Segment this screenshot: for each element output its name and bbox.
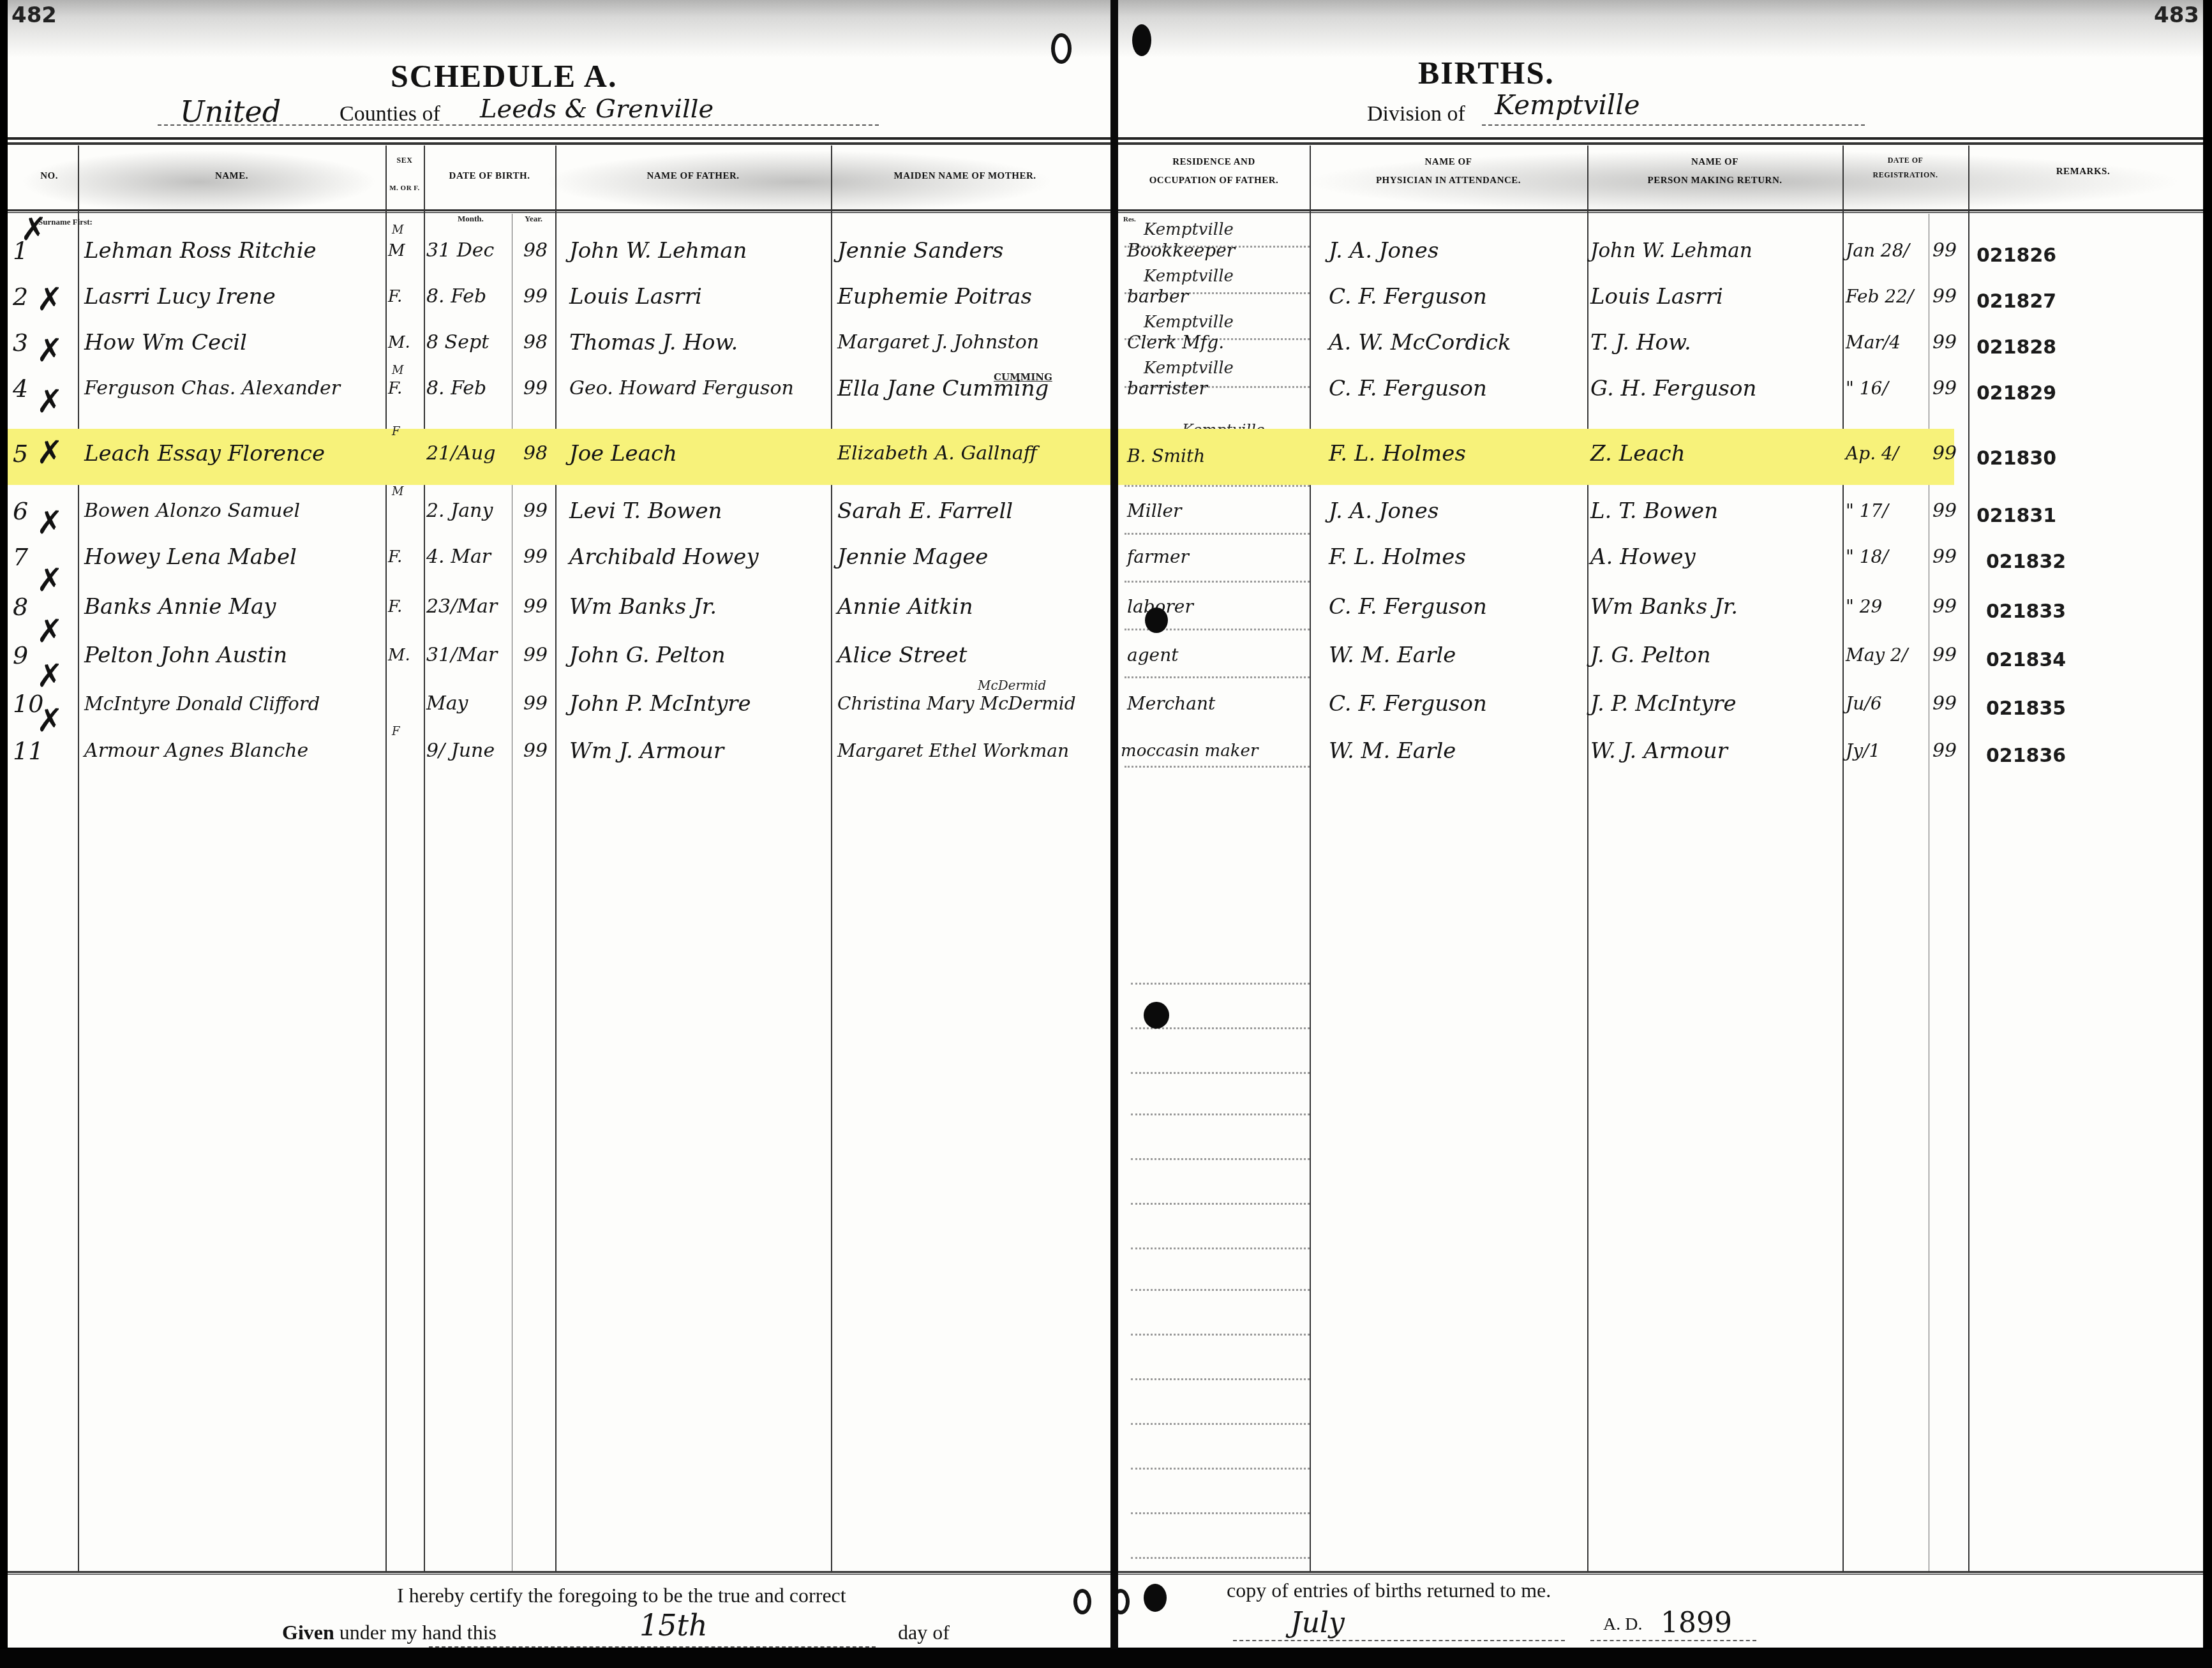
annotation-sex: F [392,725,400,738]
record-name: Banks Annie May [84,591,276,623]
binding-hole-icon [1145,607,1168,633]
record-dob-month: 8 Sept [426,327,489,359]
record-person: G. H. Ferguson [1590,373,1756,405]
col-head-residence-line1: Residence and [1118,153,1310,172]
record-physician: F. L. Holmes [1329,438,1466,470]
record-name: How Wm Cecil [84,327,247,359]
record-dob-year: 98 [523,235,548,267]
record-dob-year: 99 [523,281,548,313]
record-no: 7 [13,541,28,573]
binding-hole-icon [1073,1589,1091,1614]
cross-mark-icon: ✗ [36,504,63,541]
residence-guide [1131,983,1310,985]
residence-guide [1131,1423,1310,1425]
record-no: 9 [13,639,28,671]
given-day-underline [429,1646,876,1648]
col-head-remarks: Remarks. [1968,163,2198,181]
annotation-mother: CUMMING [994,371,1052,383]
given-day: 15th [639,1608,708,1642]
record-remarks: 021828 [1977,332,2056,364]
residence-guide [1131,1072,1310,1074]
cross-mark-icon: ✗ [20,211,47,248]
record-physician: J. A. Jones [1329,495,1439,527]
record-sex: F. [388,373,402,405]
binding-hole-icon [1118,1589,1130,1614]
record-sex: M. [388,327,410,359]
record-person: J. G. Pelton [1590,639,1711,671]
record-row-highlighted-continued[interactable]: B. Smith F. L. Holmes Z. Leach Ap. 4/ 99… [1118,429,1954,485]
cross-mark-icon: ✗ [36,702,63,739]
record-dob-month: 31/Mar [426,639,497,671]
residence-guide [1131,1468,1310,1470]
binding-hole-icon [1051,33,1072,64]
cross-mark-icon: ✗ [36,613,63,650]
col-head-physician-line1: Name of [1310,153,1587,172]
record-sex: F. [388,281,402,313]
record-remarks: 021831 [1977,500,2056,532]
res-prefix-label: Res. [1123,216,1136,223]
record-row[interactable]: 4 Ferguson Chas. Alexander F. 8. Feb 99 … [8,368,1110,413]
record-row-continued[interactable]: laborer C. F. Ferguson Wm Banks Jr. " 29… [1118,586,2203,632]
col-head-father: Name of Father. [555,167,831,186]
record-row[interactable]: 8 Banks Annie May F. 23/Mar 99 Wm Banks … [8,586,1110,632]
annotation-sex: F [392,425,400,438]
cross-mark-icon: ✗ [36,657,63,694]
record-row-continued[interactable]: Clerk Mfg. A. W. McCordick T. J. How. Ma… [1118,322,2203,368]
col-divider [512,214,512,1572]
record-dob-year: 99 [523,373,548,405]
residence-guide [1131,1557,1310,1559]
col-head-name: Name. [78,167,385,186]
record-mother: Sarah E. Farrell [837,495,1013,527]
cross-mark-icon: ✗ [36,434,63,471]
record-person: John W. Lehman [1590,235,1752,267]
certification-year: 1899 [1661,1607,1732,1639]
county-label: Counties of [340,102,440,126]
record-dob-month: 23/Mar [426,591,497,623]
record-row[interactable]: 11 Armour Agnes Blanche 9/ June 99 Wm J.… [8,730,1110,776]
record-dob-month: 8. Feb [426,281,486,313]
given-rest: under my hand this [340,1621,497,1644]
record-reg-year: 99 [1932,688,1957,720]
page-number-right: 483 [2154,3,2199,28]
left-page: 482 SCHEDULE A. United Counties of Leeds… [8,0,1110,1648]
record-no: 8 [13,591,28,623]
record-mother: Euphemie Poitras [837,281,1032,313]
record-person: Wm Banks Jr. [1590,591,1738,623]
record-reg-year: 99 [1932,591,1957,623]
col-head-person-line2: Person Making Return. [1587,172,1842,190]
record-name: Armour Agnes Blanche [84,735,308,767]
record-no: 4 [13,373,28,405]
record-father: John P. McIntyre [569,688,751,720]
col-head-sex-sub: M. or F. [385,182,424,195]
record-person: A. Howey [1590,541,1696,573]
record-remarks: 021835 [1986,693,2066,725]
record-father: Wm J. Armour [569,735,724,767]
record-row[interactable]: 9 Pelton John Austin M. 31/Mar 99 John G… [8,634,1110,680]
record-dob-month: 31 Dec [426,235,494,267]
scan-bottom-edge [0,1649,2212,1668]
record-dob-month: May [426,688,468,720]
record-name: Bowen Alonzo Samuel [84,495,300,527]
year-label: Year. [525,214,542,224]
residence-guide [1131,1378,1310,1380]
record-occupation: agent [1127,639,1178,671]
col-head-registration-line2: Registration. [1842,168,1968,182]
record-mother: Jennie Sanders [837,235,1003,267]
record-reg-date: " 18/ [1846,541,1888,573]
county-prefix: United [180,94,281,129]
record-dob-year: 98 [523,438,548,470]
record-reg-date: Ju/6 [1846,688,1882,720]
col-head-mother: Maiden Name of Mother. [831,167,1099,186]
record-dob-year: 99 [523,688,548,720]
record-physician: C. F. Ferguson [1329,281,1487,313]
record-physician: A. W. McCordick [1329,327,1511,359]
header-top-rule [8,137,1110,145]
record-dob-month: 2. Jany [426,495,493,527]
record-row-highlighted[interactable]: 5 Leach Essay Florence 21/Aug 98 Joe Lea… [8,429,1110,485]
month-underline [1233,1640,1565,1641]
record-dob-year: 99 [523,541,548,573]
record-physician: C. F. Ferguson [1329,591,1487,623]
cross-mark-icon: ✗ [36,383,63,420]
record-remarks: 021826 [1977,240,2056,272]
record-reg-date: May 2/ [1846,639,1908,671]
page-smudge [1118,0,2203,57]
certification-text-left: I hereby certify the foregoing to be the… [397,1584,846,1607]
record-reg-year: 99 [1932,541,1957,573]
division-underline [1482,124,1865,126]
record-row[interactable]: 2 Lasrri Lucy Irene F. 8. Feb 99 Louis L… [8,276,1110,322]
record-row-continued[interactable]: agent W. M. Earle J. G. Pelton May 2/ 99… [1118,634,2203,680]
record-dob-year: 99 [523,591,548,623]
record-no: 5 [13,438,28,470]
record-no: 2 [13,281,28,313]
record-person: Louis Lasrri [1590,281,1723,313]
residence-guide [1125,485,1310,487]
births-title: BIRTHS. [1418,54,1555,91]
page-number-left: 482 [11,3,57,28]
record-row[interactable]: 6 Bowen Alonzo Samuel 2. Jany 99 Levi T.… [8,490,1110,536]
record-name: Lehman Ross Ritchie [84,235,317,267]
record-person: T. J. How. [1590,327,1691,359]
record-father: Joe Leach [569,438,677,470]
record-dob-year: 99 [523,735,548,767]
schedule-title: SCHEDULE A. [391,57,617,94]
record-reg-date: Feb 22/ [1846,281,1913,313]
record-remarks: 021830 [1977,443,2056,475]
certification-text-right: copy of entries of births returned to me… [1227,1579,1551,1602]
residence-guide [1131,1289,1310,1291]
month-label: Month. [458,214,484,224]
col-head-physician: Name of Physician in Attendance. [1310,153,1587,190]
record-name: Howey Lena Mabel [84,541,297,573]
record-remarks: 021827 [1977,286,2056,318]
record-father: Thomas J. How. [569,327,738,359]
record-physician: J. A. Jones [1329,235,1439,267]
col-head-person-line1: Name of [1587,153,1842,172]
record-sex: M. [388,639,410,671]
record-physician: C. F. Ferguson [1329,373,1487,405]
record-reg-year: 99 [1932,327,1957,359]
record-person: L. T. Bowen [1590,495,1718,527]
record-row-continued[interactable]: barber C. F. Ferguson Louis Lasrri Feb 2… [1118,276,2203,322]
certification-month: July [1290,1607,1345,1639]
record-name: Pelton John Austin [84,639,287,671]
record-reg-date: Ap. 4/ [1846,438,1899,470]
record-row[interactable]: 3 How Wm Cecil M. 8 Sept 98 Thomas J. Ho… [8,322,1110,368]
residence-guide [1131,1334,1310,1336]
binding-hole-icon [1144,1002,1169,1029]
record-occupation: barber [1127,281,1188,313]
residence-guide [1131,1512,1310,1514]
record-row-continued[interactable]: farmer F. L. Holmes A. Howey " 18/ 99 02… [1118,536,2203,582]
record-dob-month: 4. Mar [426,541,491,573]
record-sex: M [388,235,405,267]
binding-hole-icon [1144,1584,1167,1612]
record-no: 11 [13,735,43,767]
col-head-person: Name of Person Making Return. [1587,153,1842,190]
division-label: Division of [1367,102,1465,126]
record-occupation: B. Smith [1127,440,1205,472]
record-occupation: barrister [1127,373,1207,405]
col-head-physician-line2: Physician in Attendance. [1310,172,1587,190]
col-head-residence-line2: Occupation of Father. [1118,172,1310,190]
record-person: W. J. Armour [1590,735,1728,767]
county-underline [158,124,879,126]
record-row-continued[interactable]: Merchant C. F. Ferguson J. P. McIntyre J… [1118,683,2203,729]
record-row[interactable]: 10 McIntyre Donald Clifford May 99 John … [8,683,1110,729]
record-reg-year: 99 [1932,281,1957,313]
record-row-continued[interactable]: Bookkeeper J. A. Jones John W. Lehman Ja… [1118,230,2203,276]
footer-rule [8,1571,1110,1575]
record-reg-date: " 29 [1846,591,1882,623]
record-person: J. P. McIntyre [1590,688,1737,720]
record-mother: Margaret J. Johnston [837,327,1039,359]
record-dob-month: 8. Feb [426,373,486,405]
record-father: Geo. Howard Ferguson [569,373,794,405]
record-reg-date: Jan 28/ [1846,235,1909,267]
record-remarks: 021829 [1977,378,2056,410]
record-person: Z. Leach [1590,438,1685,470]
residence-guide [1131,1158,1310,1160]
record-occupation: moccasin maker [1121,735,1258,767]
page-gutter [1110,0,1118,1668]
record-mother: Annie Aitkin [837,591,973,623]
given-label: Given [282,1621,334,1644]
record-no: 6 [13,495,28,527]
record-physician: W. M. Earle [1329,639,1456,671]
record-remarks: 021836 [1986,740,2066,772]
footer-rule [1118,1571,2203,1575]
record-name: McIntyre Donald Clifford [84,688,320,720]
record-row-continued[interactable]: moccasin maker W. M. Earle W. J. Armour … [1118,730,2203,776]
record-mother: Margaret Ethel Workman [837,735,1069,767]
col-divider [1929,214,1929,1572]
ad-label: A. D. [1603,1614,1642,1635]
record-reg-date: Jy/1 [1846,735,1880,767]
residence-guide [1131,1113,1310,1115]
record-no: 3 [13,327,28,359]
right-page: 483 BIRTHS. Division of Kemptville Resid… [1118,0,2203,1648]
record-row[interactable]: 1 Lehman Ross Ritchie M 31 Dec 98 John W… [8,230,1110,276]
cross-mark-icon: ✗ [36,562,63,599]
record-occupation: Clerk Mfg. [1127,327,1224,359]
annotation-sex: M [392,485,403,498]
record-occupation: farmer [1127,541,1189,573]
record-occupation: Miller [1127,495,1182,527]
record-physician: W. M. Earle [1329,735,1456,767]
record-remarks: 021834 [1986,644,2066,676]
record-reg-year: 99 [1932,735,1957,767]
record-father: John W. Lehman [569,235,747,267]
record-father: Louis Lasrri [569,281,702,313]
record-father: Levi T. Bowen [569,495,722,527]
record-name: Leach Essay Florence [84,438,325,470]
record-reg-year: 99 [1932,438,1957,470]
record-reg-year: 99 [1932,235,1957,267]
record-father: John G. Pelton [569,639,726,671]
record-name: Lasrri Lucy Irene [84,281,276,313]
day-of-label: day of [898,1621,950,1644]
annotation-sex: M [392,223,403,237]
cross-mark-icon: ✗ [36,332,63,369]
record-dob-year: 98 [523,327,548,359]
year-underline [1590,1640,1756,1641]
record-dob-year: 99 [523,495,548,527]
record-mother: Alice Street [837,639,967,671]
col-head-registration-line1: Date of [1842,153,1968,168]
binding-hole-icon [1132,24,1151,56]
record-dob-month: 21/Aug [426,438,495,470]
record-reg-year: 99 [1932,639,1957,671]
record-reg-date: " 17/ [1846,495,1888,527]
record-father: Wm Banks Jr. [569,591,717,623]
record-physician: C. F. Ferguson [1329,688,1487,720]
record-dob-year: 99 [523,639,548,671]
cross-mark-icon: ✗ [36,281,63,318]
record-remarks: 021833 [1986,596,2066,628]
col-head-dob: Date of Birth. [424,167,555,186]
record-name: Ferguson Chas. Alexander [84,373,340,405]
residence-guide [1131,1247,1310,1249]
record-reg-date: " 16/ [1846,373,1888,405]
division-value: Kemptville [1495,89,1640,121]
record-reg-year: 99 [1932,373,1957,405]
residence-guide [1131,1203,1310,1205]
record-row[interactable]: 7 Howey Lena Mabel F. 4. Mar 99 Archibal… [8,536,1110,582]
record-sex: F. [388,591,402,623]
record-occupation: Bookkeeper [1127,235,1235,267]
col-head-registration: Date of Registration. [1842,153,1968,182]
record-father: Archibald Howey [569,541,759,573]
record-dob-month: 9/ June [426,735,495,767]
annotation-sex: M [392,364,403,377]
record-physician: F. L. Holmes [1329,541,1466,573]
record-row-continued[interactable]: Miller J. A. Jones L. T. Bowen " 17/ 99 … [1118,490,2203,536]
given-line: Given under my hand this [282,1621,497,1644]
col-head-residence: Residence and Occupation of Father. [1118,153,1310,190]
record-occupation: Merchant [1127,688,1215,720]
county-value: Leeds & Grenville [480,94,714,124]
page-smudge [8,0,1110,57]
col-head-sex: Sex [385,153,424,168]
col-head-no: No. [20,167,78,186]
record-remarks: 021832 [1986,546,2066,578]
header-top-rule [1118,137,2203,145]
record-row-continued[interactable]: barrister C. F. Ferguson G. H. Ferguson … [1118,368,2203,413]
record-mother: Jennie Magee [837,541,988,573]
record-reg-date: Mar/4 [1846,327,1901,359]
record-mother: Elizabeth A. Gallnaff [837,438,1037,470]
record-reg-year: 99 [1932,495,1957,527]
annotation-mother: McDermid [978,678,1046,693]
record-sex: F. [388,541,402,573]
